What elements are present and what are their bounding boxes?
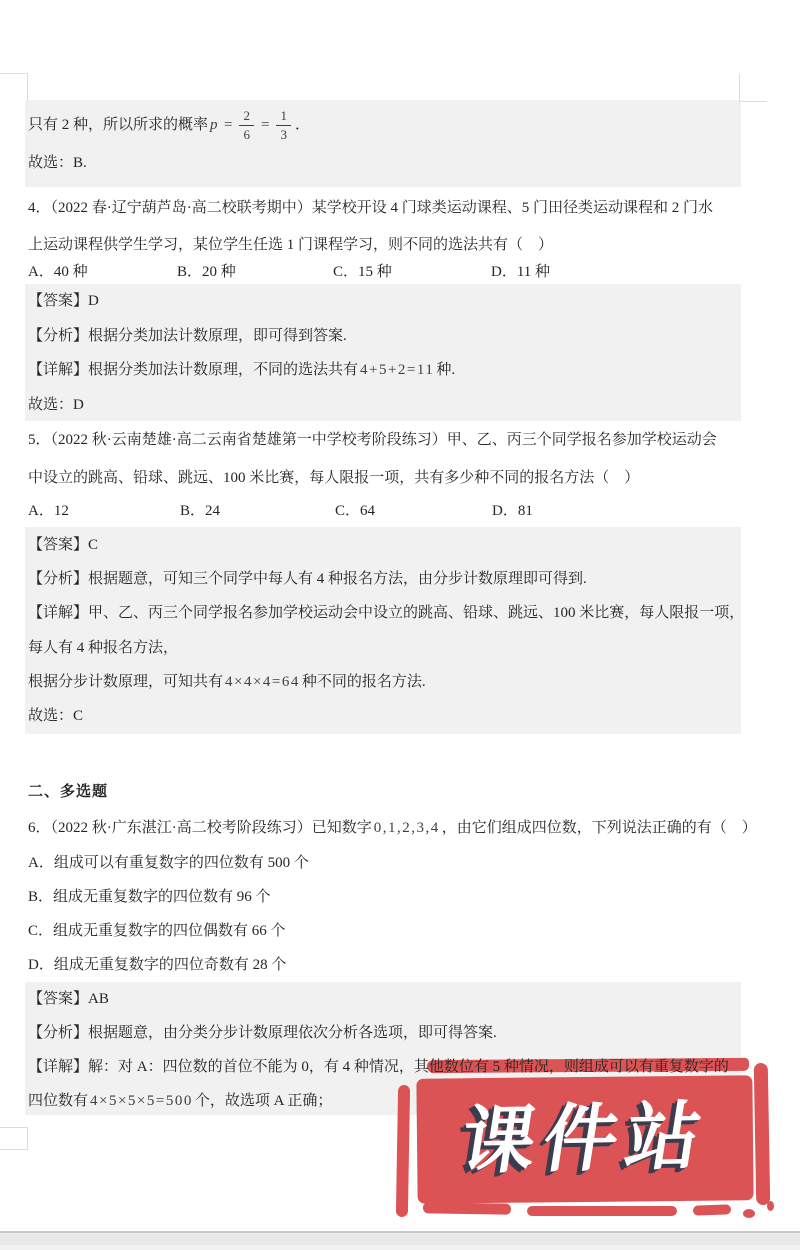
detail-4-text-end: 种. bbox=[436, 362, 455, 378]
q5-option-d: D．81 bbox=[492, 499, 533, 520]
fraction-denominator: 3 bbox=[276, 126, 291, 143]
fraction-denominator: 6 bbox=[239, 126, 254, 143]
stamp-border-bottom bbox=[423, 1202, 511, 1215]
fraction-one-third: 13 bbox=[276, 108, 291, 143]
stamp-ink-speck bbox=[743, 1209, 755, 1218]
answer-5-line: 【答案】C bbox=[28, 536, 98, 555]
q4-option-c: C．15 种 bbox=[333, 260, 392, 281]
detail-5-math: 4×4×4=64 bbox=[223, 674, 302, 690]
stamp-ink-speck bbox=[767, 1201, 774, 1211]
detail-6-line-2: 四位数有4×5×5×5=500个，故选项 A 正确； bbox=[28, 1092, 332, 1111]
question-6-line-1: 6．（2022 秋·广东湛江·高二校考阶段练习）已知数字0,1,2,3,4，由它… bbox=[28, 819, 757, 838]
margin-line-top-right bbox=[739, 101, 767, 102]
choose-4-line: 故选：D bbox=[28, 396, 84, 415]
stamp-border-right bbox=[754, 1063, 770, 1205]
detail-5-line-1: 【详解】甲、乙、丙三个同学报名参加学校运动会中设立的跳高、铅球、跳远、100 米… bbox=[28, 604, 744, 623]
fraction-numerator: 2 bbox=[239, 108, 254, 126]
margin-box-top-left bbox=[0, 73, 28, 101]
solution-formula-line: 只有 2 种，所以所求的概率 p = 26 = 13 ． bbox=[28, 103, 310, 147]
detail-4-line: 【详解】根据分类加法计数原理，不同的选法共有4+5+2=11种. bbox=[28, 361, 455, 380]
section-2-heading: 二、多选题 bbox=[28, 783, 108, 802]
detail-5-text: 根据分步计数原理，可知共有 bbox=[28, 674, 223, 690]
q4-option-d: D．11 种 bbox=[491, 260, 550, 281]
detail-5-text-end: 种不同的报名方法. bbox=[302, 674, 426, 690]
detail-6-text-end: 个，故选项 A 正确； bbox=[195, 1093, 333, 1109]
equals-sign: = bbox=[224, 116, 232, 135]
formula-period: ． bbox=[295, 116, 310, 135]
q6-option-b: B．组成无重复数字的四位数有 96 个 bbox=[28, 888, 271, 907]
formula-variable: p bbox=[208, 116, 221, 135]
equals-sign: = bbox=[261, 116, 269, 135]
question-5-line-1: 5．（2022 秋·云南楚雄·高二云南省楚雄第一中学校考阶段练习）甲、乙、丙三个… bbox=[28, 431, 717, 450]
highlight-block-answer-4 bbox=[25, 284, 741, 421]
question-6-text-end: ，由它们组成四位数，下列说法正确的有（ ） bbox=[442, 820, 757, 836]
detail-6-line-1: 【详解】解：对 A：四位数的首位不能为 0，有 4 种情况，其他数位有 5 种情… bbox=[28, 1058, 729, 1077]
formula-lead-text: 只有 2 种，所以所求的概率 bbox=[28, 116, 208, 135]
choose-5-line: 故选：C bbox=[28, 707, 83, 726]
q4-option-a: A．40 种 bbox=[28, 260, 88, 281]
q5-option-c: C．64 bbox=[335, 499, 375, 520]
analysis-4-line: 【分析】根据分类加法计数原理，即可得到答案. bbox=[28, 327, 347, 346]
page-break-gap bbox=[0, 1233, 800, 1245]
question-6-text: 6．（2022 秋·广东湛江·高二校考阶段练习）已知数字 bbox=[28, 820, 372, 836]
detail-5-line-3: 根据分步计数原理，可知共有4×4×4=64种不同的报名方法. bbox=[28, 673, 426, 692]
watermark-stamp: 课件站 bbox=[395, 1053, 777, 1221]
answer-6-line: 【答案】AB bbox=[28, 990, 109, 1009]
question-4-line-1: 4．（2022 春·辽宁葫芦岛·高二校联考期中）某学校开设 4 门球类运动课程、… bbox=[28, 199, 713, 218]
answer-4-line: 【答案】D bbox=[28, 292, 99, 311]
margin-box-bottom-left bbox=[0, 1127, 28, 1150]
analysis-6-line: 【分析】根据题意，由分类分步计数原理依次分析各选项，即可得答案. bbox=[28, 1024, 497, 1043]
question-4-line-2: 上运动课程供学生学习，某位学生任选 1 门课程学习，则不同的选法共有（ ） bbox=[28, 236, 553, 255]
document-page: 只有 2 种，所以所求的概率 p = 26 = 13 ． 故选：B. 4．（20… bbox=[0, 0, 800, 1250]
stamp-text: 课件站 bbox=[417, 1088, 753, 1191]
highlight-block-answer-5 bbox=[25, 527, 741, 734]
stamp-border-bottom bbox=[693, 1204, 731, 1215]
detail-4-text: 【详解】根据分类加法计数原理，不同的选法共有 bbox=[28, 362, 358, 378]
q4-option-b: B．20 种 bbox=[177, 260, 236, 281]
stamp-border-bottom bbox=[527, 1206, 677, 1216]
margin-line-top-right bbox=[739, 74, 740, 102]
next-page-top bbox=[0, 1245, 800, 1250]
q5-option-a: A．12 bbox=[28, 499, 69, 520]
detail-6-text: 四位数有 bbox=[28, 1093, 88, 1109]
detail-6-math: 4×5×5×5=500 bbox=[88, 1093, 195, 1109]
fraction-numerator: 1 bbox=[276, 108, 291, 126]
detail-4-math: 4+5+2=11 bbox=[358, 362, 436, 378]
stamp-border-left bbox=[396, 1085, 410, 1217]
choose-answer-line: 故选：B. bbox=[28, 154, 87, 173]
analysis-5-line: 【分析】根据题意，可知三个同学中每人有 4 种报名方法，由分步计数原理即可得到. bbox=[28, 570, 587, 589]
question-6-math: 0,1,2,3,4 bbox=[372, 820, 442, 836]
question-5-line-2: 中设立的跳高、铅球、跳远、100 米比赛，每人限报一项，共有多少种不同的报名方法… bbox=[28, 469, 639, 488]
fraction-two-sixths: 26 bbox=[239, 108, 254, 143]
q5-option-b: B．24 bbox=[180, 499, 220, 520]
q6-option-a: A．组成可以有重复数字的四位数有 500 个 bbox=[28, 854, 309, 873]
q6-option-d: D．组成无重复数字的四位奇数有 28 个 bbox=[28, 956, 286, 975]
detail-5-line-2: 每人有 4 种报名方法， bbox=[28, 639, 178, 658]
q6-option-c: C．组成无重复数字的四位偶数有 66 个 bbox=[28, 922, 286, 941]
